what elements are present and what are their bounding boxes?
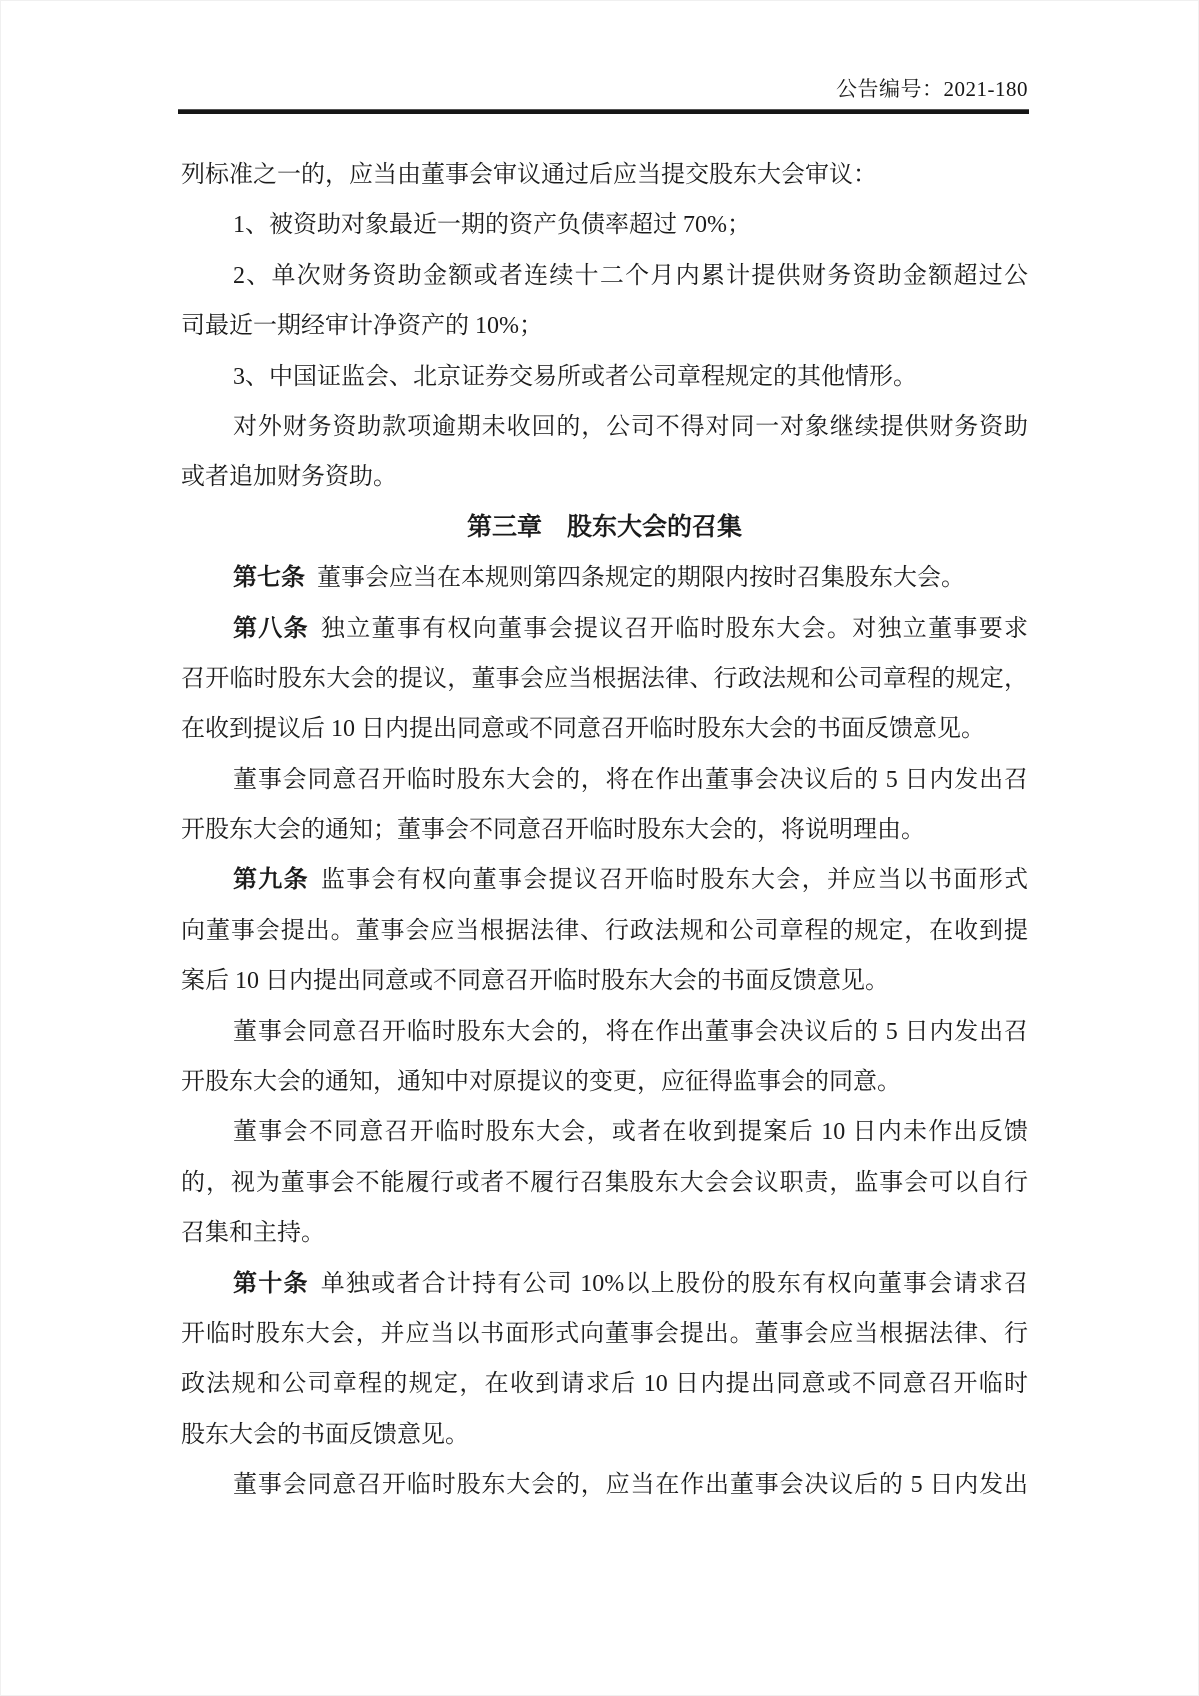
article-number: 第八条 xyxy=(233,616,309,642)
article-line: 第八条独立董事有权向董事会提议召开临时股东大会。对独立董事要求 xyxy=(181,604,1028,654)
article-number: 第十条 xyxy=(233,1271,309,1297)
text-run: 对外财务资助款项逾期未收回的，公司不得对同一对象继续提供财务资助 xyxy=(233,414,1028,440)
text-line: 政法规和公司章程的规定，在收到请求后 10 日内提出同意或不同意召开临时 xyxy=(181,1359,1028,1409)
text-run: 股东大会的书面反馈意见。 xyxy=(181,1422,469,1448)
text-run: 在收到提议后 10 日内提出同意或不同意召开临时股东大会的书面反馈意见。 xyxy=(181,716,985,742)
article-number: 第七条 xyxy=(233,565,305,591)
text-run: 案后 10 日内提出同意或不同意召开临时股东大会的书面反馈意见。 xyxy=(181,968,889,994)
text-run: 召集和主持。 xyxy=(181,1220,325,1246)
chapter-heading-text: 第三章 股东大会的召集 xyxy=(467,514,742,541)
text-run: 监事会有权向董事会提议召开临时股东大会，并应当以书面形式 xyxy=(321,867,1028,893)
text-line: 向董事会提出。董事会应当根据法律、行政法规和公司章程的规定，在收到提 xyxy=(181,906,1028,956)
text-run: 向董事会提出。董事会应当根据法律、行政法规和公司章程的规定，在收到提 xyxy=(181,918,1028,944)
text-run: 开临时股东大会，并应当以书面形式向董事会提出。董事会应当根据法律、行 xyxy=(181,1321,1028,1347)
text-line: 列标准之一的，应当由董事会审议通过后应当提交股东大会审议： xyxy=(181,150,1028,200)
document-body: 列标准之一的，应当由董事会审议通过后应当提交股东大会审议： 1、被资助对象最近一… xyxy=(181,150,1028,1511)
text-run: 独立董事有权向董事会提议召开临时股东大会。对独立董事要求 xyxy=(321,616,1028,642)
text-run: 董事会同意召开临时股东大会的，将在作出董事会决议后的 5 日内发出召 xyxy=(233,1019,1028,1045)
text-run: 2、单次财务资助金额或者连续十二个月内累计提供财务资助金额超过公 xyxy=(233,263,1028,289)
text-line: 开临时股东大会，并应当以书面形式向董事会提出。董事会应当根据法律、行 xyxy=(181,1309,1028,1359)
article-line: 第九条监事会有权向董事会提议召开临时股东大会，并应当以书面形式 xyxy=(181,855,1028,905)
text-run: 司最近一期经审计净资产的 10%； xyxy=(181,313,543,339)
text-run: 董事会同意召开临时股东大会的，将在作出董事会决议后的 5 日内发出召 xyxy=(233,767,1028,793)
text-run: 开股东大会的通知，通知中对原提议的变更，应征得监事会的同意。 xyxy=(181,1069,901,1095)
article-number: 第九条 xyxy=(233,867,309,893)
chapter-heading: 第三章 股东大会的召集 xyxy=(181,503,1028,553)
text-line: 股东大会的书面反馈意见。 xyxy=(181,1410,1028,1460)
text-line: 召集和主持。 xyxy=(181,1208,1028,1258)
doc-number: 公告编号：2021-180 xyxy=(181,72,1028,106)
text-line: 开股东大会的通知；董事会不同意召开临时股东大会的，将说明理由。 xyxy=(181,805,1028,855)
text-run: 董事会不同意召开临时股东大会，或者在收到提案后 10 日内未作出反馈 xyxy=(233,1119,1028,1145)
text-run: 召开临时股东大会的提议，董事会应当根据法律、行政法规和公司章程的规定， xyxy=(181,666,1028,692)
text-run: 董事会同意召开临时股东大会的，应当在作出董事会决议后的 5 日内发出 xyxy=(233,1472,1028,1498)
text-run: 3、中国证监会、北京证券交易所或者公司章程规定的其他情形。 xyxy=(233,364,917,390)
text-line: 的，视为董事会不能履行或者不履行召集股东大会会议职责，监事会可以自行 xyxy=(181,1158,1028,1208)
text-run: 政法规和公司章程的规定，在收到请求后 10 日内提出同意或不同意召开临时 xyxy=(181,1371,1028,1397)
list-item-line: 1、被资助对象最近一期的资产负债率超过 70%； xyxy=(181,200,1028,250)
text-run: 1、被资助对象最近一期的资产负债率超过 70%； xyxy=(233,212,751,238)
list-item-line: 3、中国证监会、北京证券交易所或者公司章程规定的其他情形。 xyxy=(181,352,1028,402)
text-line: 董事会不同意召开临时股东大会，或者在收到提案后 10 日内未作出反馈 xyxy=(181,1107,1028,1157)
text-line: 董事会同意召开临时股东大会的，应当在作出董事会决议后的 5 日内发出 xyxy=(181,1460,1028,1510)
article-line: 第十条单独或者合计持有公司 10%以上股份的股东有权向董事会请求召 xyxy=(181,1259,1028,1309)
header-rule xyxy=(178,109,1029,114)
text-run: 单独或者合计持有公司 10%以上股份的股东有权向董事会请求召 xyxy=(321,1271,1028,1297)
text-line: 案后 10 日内提出同意或不同意召开临时股东大会的书面反馈意见。 xyxy=(181,956,1028,1006)
document-page: 公告编号：2021-180 列标准之一的，应当由董事会审议通过后应当提交股东大会… xyxy=(0,0,1199,1696)
text-line: 董事会同意召开临时股东大会的，将在作出董事会决议后的 5 日内发出召 xyxy=(181,1007,1028,1057)
text-run: 或者追加财务资助。 xyxy=(181,464,397,490)
text-line: 董事会同意召开临时股东大会的，将在作出董事会决议后的 5 日内发出召 xyxy=(181,755,1028,805)
article-line: 第七条董事会应当在本规则第四条规定的期限内按时召集股东大会。 xyxy=(181,553,1028,603)
text-line: 对外财务资助款项逾期未收回的，公司不得对同一对象继续提供财务资助 xyxy=(181,402,1028,452)
text-line: 开股东大会的通知，通知中对原提议的变更，应征得监事会的同意。 xyxy=(181,1057,1028,1107)
text-run: 的，视为董事会不能履行或者不履行召集股东大会会议职责，监事会可以自行 xyxy=(181,1170,1028,1196)
text-line: 或者追加财务资助。 xyxy=(181,452,1028,502)
text-line: 在收到提议后 10 日内提出同意或不同意召开临时股东大会的书面反馈意见。 xyxy=(181,704,1028,754)
text-line: 司最近一期经审计净资产的 10%； xyxy=(181,301,1028,351)
text-line: 召开临时股东大会的提议，董事会应当根据法律、行政法规和公司章程的规定， xyxy=(181,654,1028,704)
text-run: 开股东大会的通知；董事会不同意召开临时股东大会的，将说明理由。 xyxy=(181,817,925,843)
text-run: 列标准之一的，应当由董事会审议通过后应当提交股东大会审议： xyxy=(181,162,877,188)
list-item-line: 2、单次财务资助金额或者连续十二个月内累计提供财务资助金额超过公 xyxy=(181,251,1028,301)
text-run: 董事会应当在本规则第四条规定的期限内按时召集股东大会。 xyxy=(317,565,965,591)
